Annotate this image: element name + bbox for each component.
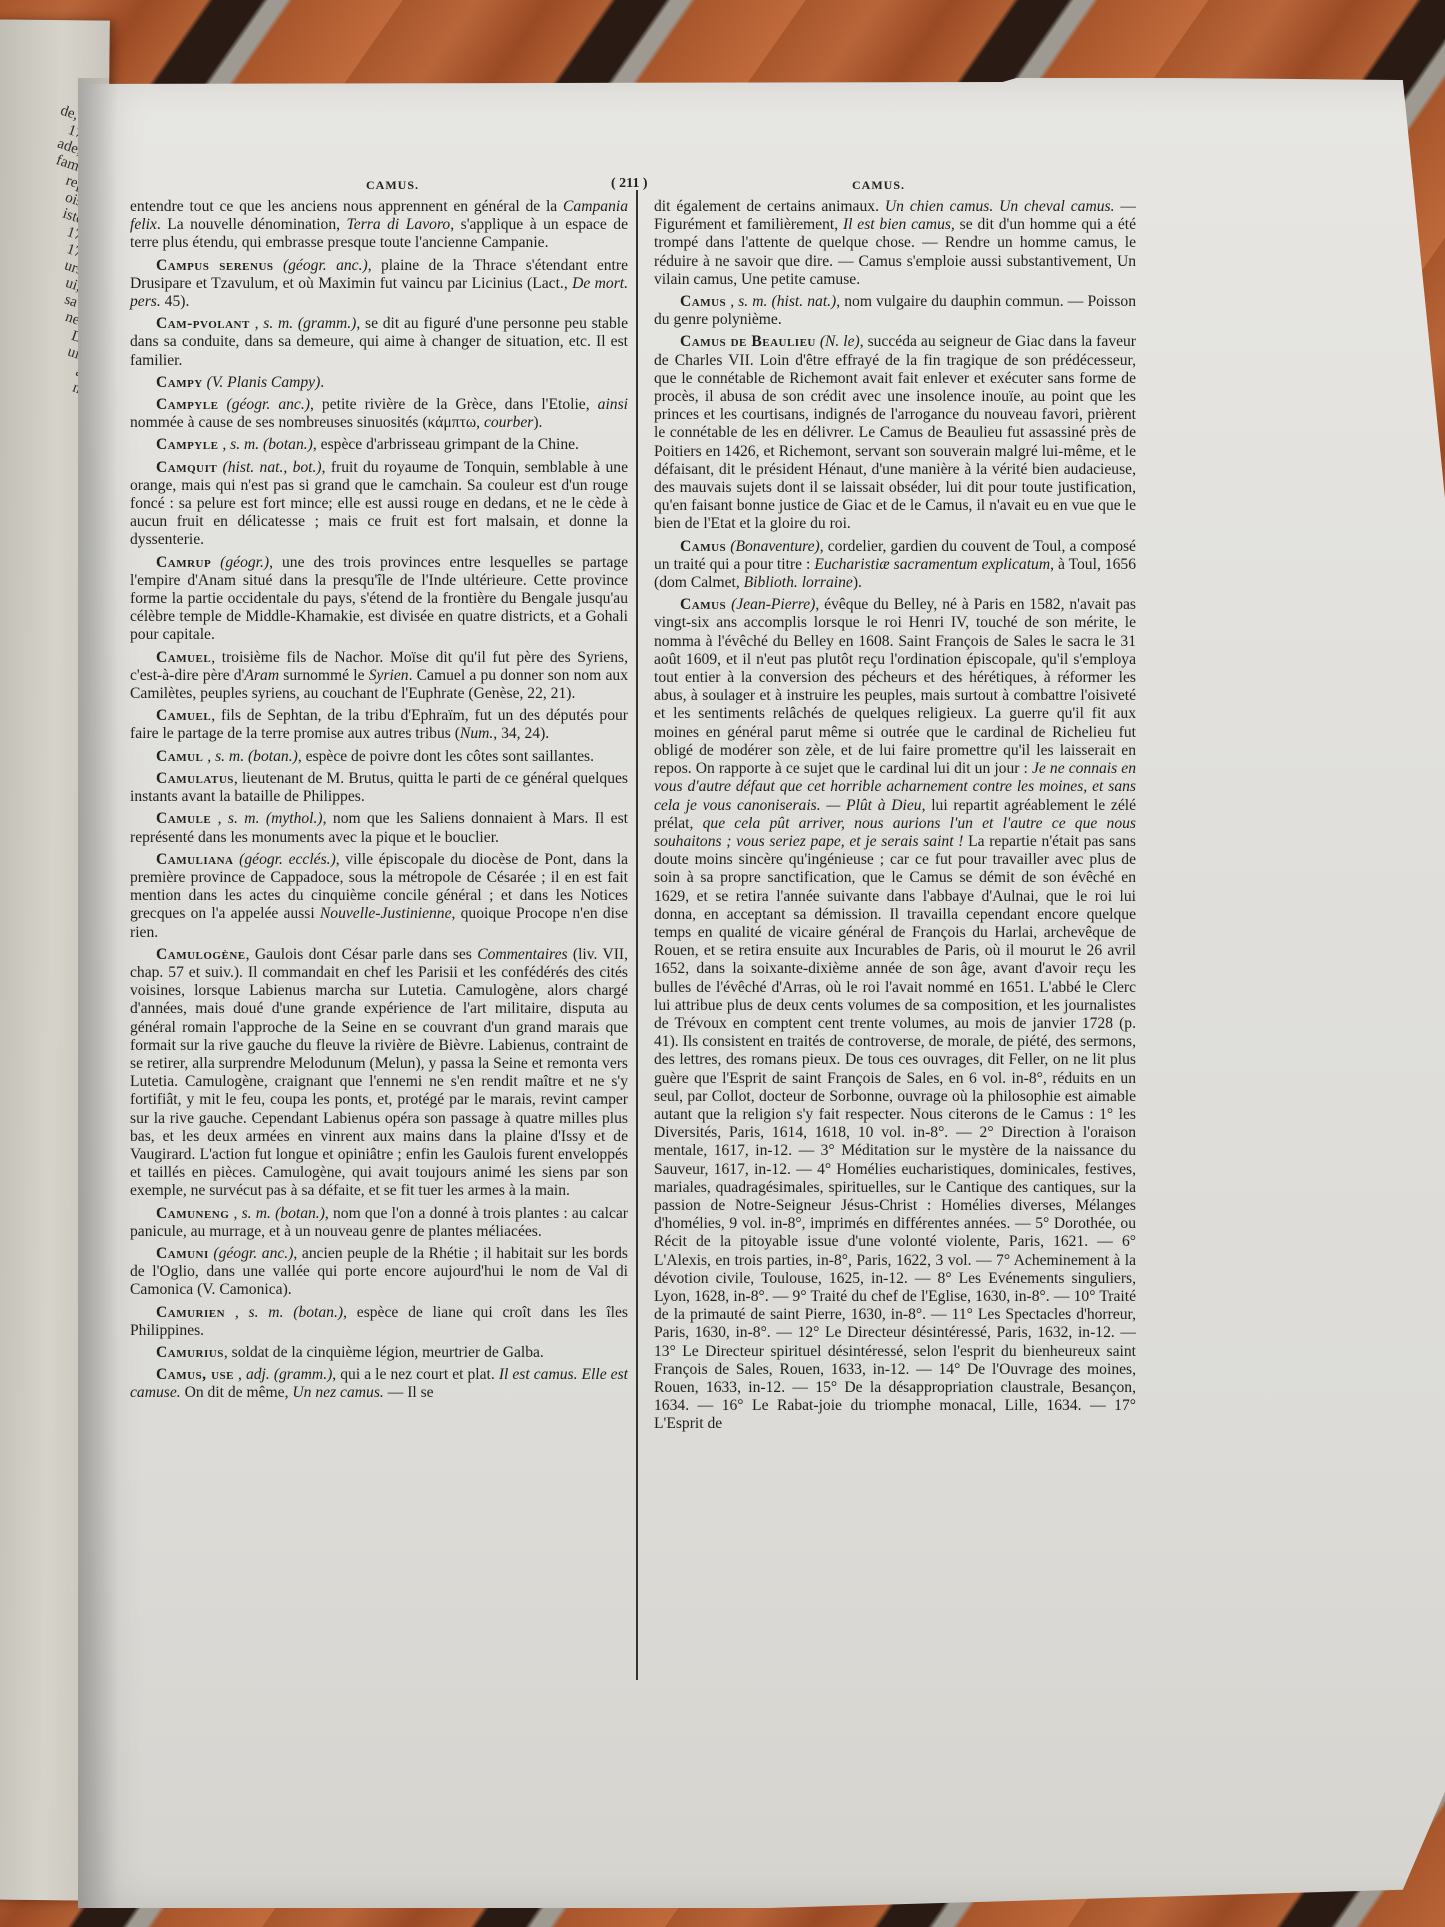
entry-continuation: dit également de certains animaux. Un ch… [654,198,1136,289]
dictionary-entry: Camule , s. m. (mythol.), nom que les Sa… [130,810,628,846]
entry-italic-text: Aram [244,667,279,684]
entry-headword: Camulogène [156,946,246,963]
dictionary-entry: Campus serenus (géogr. anc.), plaine de … [130,257,628,312]
entry-headword: Camus [680,538,726,555]
entry-text: — Il se [384,1384,434,1401]
entry-headword: Campyle [156,436,218,453]
entry-headword: Cam-pvolant [156,315,250,332]
entry-text: 45). [161,293,190,310]
dictionary-entry: Cam-pvolant , s. m. (gramm.), se dit au … [130,315,628,370]
entry-text: , qui a le nez court et plat. [332,1366,499,1383]
entry-headword: Camul [156,748,203,765]
entry-text: ). [853,574,862,591]
dictionary-entry: Camrup (géogr.), une des trois provinces… [130,554,628,645]
left-column: entendre tout ce que les anciens nous ap… [130,198,628,1407]
entry-headword: Camuni [156,1245,209,1262]
dictionary-entry: Camul , s. m. (botan.), espèce de poivre… [130,748,628,766]
entry-headword: Campus serenus [156,257,274,274]
entry-headword: Camus de Beaulieu [680,333,816,350]
entry-text: surnommé le [279,667,369,684]
entry-headword: Camus [680,596,726,613]
dictionary-entry: Campy (V. Planis Campy). [130,374,628,392]
dictionary-entry: Camulatus, lieutenant de M. Brutus, quit… [130,770,628,806]
entry-text: On dit de même, [181,1384,293,1401]
dictionary-entry: Camuliana (géogr. ecclés.), ville épisco… [130,851,628,942]
running-header-left: CAMUS. [366,178,419,193]
entry-italic-text: Commentaires [477,946,567,963]
entry-headword: Camrup [156,554,211,571]
dictionary-entry: Campyle , s. m. (botan.), espèce d'arbri… [130,436,628,454]
dictionary-entry: Camuel, troisième fils de Nachor. Moïse … [130,649,628,704]
entry-text: . [320,374,324,391]
entry-text: entendre tout ce que les anciens nous ap… [130,198,563,215]
dictionary-entry: Camus, use , adj. (gramm.), qui a le nez… [130,1366,628,1402]
dictionary-entry: Camurius, soldat de la cinquième légion,… [130,1344,628,1362]
entry-text: , 34, 24). [493,725,549,742]
entry-text: , espèce d'arbrisseau grimpant de la Chi… [313,436,579,453]
entry-text: , soldat de la cinquième légion, meurtri… [224,1344,544,1361]
entry-headword: Camurius [156,1344,224,1361]
entry-qualifier: (Jean-Pierre) [726,596,815,613]
entry-text: La repartie n'était pas sans doute moins… [654,833,1136,1433]
entry-italic-text: Biblioth. lorraine [744,574,853,591]
entry-qualifier: , s. m. (botan.) [229,1205,325,1222]
entry-qualifier: , adj. (gramm.) [234,1366,332,1383]
entry-text: , succéda au seigneur de Giac dans la fa… [654,333,1136,532]
entry-qualifier: , s. m. (botan.) [203,748,297,765]
entry-text: nommée à cause de ses nombreuses sinuosi… [130,414,484,431]
entry-headword: Campyle [156,396,218,413]
entry-qualifier: , s. m. (mythol.) [211,810,322,827]
entry-italic-text: Terra di Lavoro [347,216,451,233]
entry-italic-text: Syrien [369,667,409,684]
entry-qualifier: (Bonaventure) [726,538,820,555]
entry-text: , Gaulois dont César parle dans ses [246,946,478,963]
entry-headword: Camquit [156,459,217,476]
entry-headword: Campy [156,374,203,391]
entry-text: , espèce de poivre dont les côtes sont s… [298,748,594,765]
entry-qualifier: (géogr. anc.) [218,396,310,413]
entry-qualifier: , s. m. (botan.) [218,436,312,453]
dictionary-entry: Camuneng , s. m. (botan.), nom que l'on … [130,1205,628,1241]
entry-headword: Camuel [156,649,211,666]
entry-italic-text: Eucharistiæ sacramentum explicatum [814,556,1050,573]
entry-italic-text: Il est bien camus, [843,216,955,233]
entry-qualifier: (géogr. anc.) [274,257,368,274]
entry-continuation: entendre tout ce que les anciens nous ap… [130,198,628,253]
dictionary-entry: Camus de Beaulieu (N. le), succéda au se… [654,333,1136,533]
entry-italic-text: Un nez camus. [292,1384,383,1401]
entry-headword: Camuneng [156,1205,229,1222]
right-column: dit également de certains animaux. Un ch… [654,198,1136,1438]
entry-text: ). [533,414,542,431]
dictionary-entry: Camuel, fils de Sephtan, de la tribu d'E… [130,707,628,743]
dictionary-entry: Camuni (géogr. anc.), ancien peuple de l… [130,1245,628,1300]
entry-italic-text: Nouvelle-Justinienne [320,905,452,922]
entry-text: (liv. VII, chap. 57 et suiv.). Il comman… [130,946,628,1200]
entry-text: , petite rivière de la Grèce, dans l'Eto… [310,396,598,413]
dictionary-entry: Camquit (hist. nat., bot.), fruit du roy… [130,459,628,550]
column-divider-rule [636,190,638,1680]
entry-qualifier: (géogr.) [211,554,269,571]
dictionary-entry: Campyle (géogr. anc.), petite rivière de… [130,396,628,432]
dictionary-entry: Camus (Bonaventure), cordelier, gardien … [654,538,1136,593]
entry-headword: Camus [680,293,726,310]
page-number: ( 211 ) [611,176,648,192]
entry-qualifier: (géogr. anc.) [209,1245,294,1262]
entry-qualifier: (N. le) [816,333,860,350]
entry-qualifier: (V. Planis Campy) [203,374,321,391]
entry-qualifier: (géogr. ecclés.) [233,851,335,868]
entry-headword: Camulatus [156,770,234,787]
entry-headword: Camurien [156,1304,225,1321]
dictionary-entry: Camurien , s. m. (botan.), espèce de lia… [130,1304,628,1340]
entry-italic-text: Num. [460,725,493,742]
entry-qualifier: , s. m. (botan.) [225,1304,343,1321]
entry-italic-text: courber [484,414,533,431]
entry-headword: Camuliana [156,851,233,868]
dictionary-entry: Camus (Jean-Pierre), évêque du Belley, n… [654,596,1136,1433]
entry-italic-text: ainsi [598,396,628,413]
entry-qualifier: , s. m. (hist. nat.) [726,293,836,310]
entry-qualifier: , s. m. (gramm.) [250,315,357,332]
entry-headword: Camule [156,810,211,827]
dictionary-entry: Camulogène, Gaulois dont César parle dan… [130,946,628,1201]
entry-text: dit également de certains animaux. [654,198,885,215]
entry-italic-text: Un chien camus. Un cheval camus. [885,198,1115,215]
entry-qualifier: (hist. nat., bot.) [217,459,321,476]
entry-headword: Camus, use [156,1366,234,1383]
running-header-right: CAMUS. [852,178,905,193]
entry-headword: Camuel [156,707,211,724]
page-gutter-shadow [78,78,118,1908]
entry-text: . La nouvelle dénomination, [157,216,347,233]
entry-text: , évêque du Belley, né à Paris en 1582, … [654,596,1136,777]
dictionary-entry: Camus , s. m. (hist. nat.), nom vulgaire… [654,293,1136,329]
